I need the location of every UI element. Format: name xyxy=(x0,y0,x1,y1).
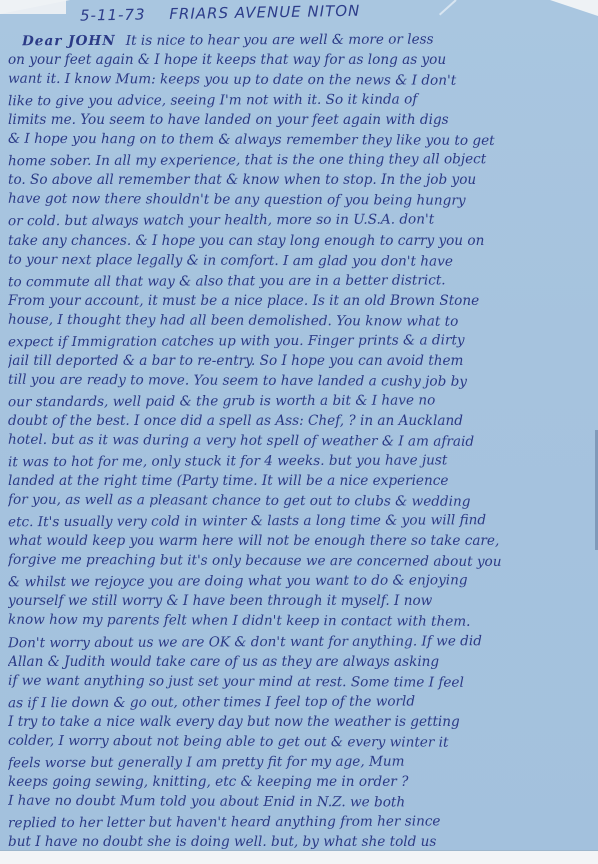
salutation: Dear JOHN xyxy=(22,33,116,49)
letter-line-text: landed at the right time (Party time. It… xyxy=(8,473,448,489)
letter-line: it was to hot for me, only stuck it for … xyxy=(8,450,593,473)
letter-line: house, I thought they had all been demol… xyxy=(8,309,593,332)
letter-line: replied to her letter but haven't heard … xyxy=(8,811,593,834)
letter-line: jail till deported & a bar to re-entry. … xyxy=(8,351,593,371)
letter-line-text: From your account, it must be a nice pla… xyxy=(8,293,479,309)
letter-line-text: limits me. You seem to have landed on yo… xyxy=(8,112,449,128)
letter-line: hotel. but as it was during a very hot s… xyxy=(8,430,593,453)
letter-line: etc. It's usually very cold in winter & … xyxy=(8,510,593,533)
letter-line-text: yourself we still worry & I have been th… xyxy=(8,593,432,609)
letter-line: home sober. In all my experience, that i… xyxy=(8,149,593,172)
letter-line: on your feet again & I hope it keeps tha… xyxy=(8,50,593,70)
letter-line-text: till you are ready to move. You seem to … xyxy=(8,372,467,390)
letter-line-text: home sober. In all my experience, that i… xyxy=(8,151,486,169)
letter-line-text: house, I thought they had all been demol… xyxy=(8,311,458,329)
letter-line: keeps going sewing, knitting, etc & keep… xyxy=(8,772,593,792)
letter-line: our standards, well paid & the grub is w… xyxy=(8,390,593,413)
envelope-fold-corner-right xyxy=(550,0,598,16)
letter-line-text: know how my parents felt when I didn't k… xyxy=(8,612,471,630)
letter-line-text: want it. I know Mum: keeps you up to dat… xyxy=(8,71,456,89)
paper-bottom-edge xyxy=(0,850,598,864)
letter-line-text: forgive me preaching but it's only becau… xyxy=(8,552,502,570)
letter-line: Dear JOHNIt is nice to hear you are well… xyxy=(22,29,598,52)
letter-line-text: colder, I worry about not being able to … xyxy=(8,732,449,750)
letter-line: feels worse but generally I am pretty fi… xyxy=(8,751,593,774)
letter-line-text: feels worse but generally I am pretty fi… xyxy=(8,753,405,771)
letter-line: like to give you advice, seeing I'm not … xyxy=(8,89,593,112)
letter-line-text: Allan & Judith would take care of us as … xyxy=(8,654,439,670)
letter-line-text: keeps going sewing, knitting, etc & keep… xyxy=(8,774,408,790)
letter-line: colder, I worry about not being able to … xyxy=(8,730,593,753)
letter-line-text: take any chances. & I hope you can stay … xyxy=(8,233,484,249)
letter-line: I try to take a nice walk every day but … xyxy=(8,712,593,732)
letter-line-text: to commute all that way & also that you … xyxy=(8,272,446,290)
letter-line: what would keep you warm here will not b… xyxy=(8,531,593,551)
letter-line-text: jail till deported & a bar to re-entry. … xyxy=(8,353,463,369)
letter-date: 5-11-73 xyxy=(80,5,146,24)
letter-line: but I have no doubt she is doing well. b… xyxy=(8,832,593,852)
letter-line: till you are ready to move. You seem to … xyxy=(8,370,593,393)
envelope-fold-corner-left xyxy=(0,0,70,14)
letter-line-text: or cold. but always watch your health, m… xyxy=(8,212,434,230)
letter-line: limits me. You seem to have landed on yo… xyxy=(8,110,593,130)
letter-line: as if I lie down & go out, other times I… xyxy=(8,690,593,713)
letter-line-text: & I hope you hang on to them & always re… xyxy=(8,131,495,149)
letter-line-text: expect if Immigration catches up with yo… xyxy=(8,332,465,350)
letter-line-text: but I have no doubt she is doing well. b… xyxy=(8,834,436,850)
letter-line-text: Don't worry about us we are OK & don't w… xyxy=(8,633,482,651)
letter-line-text: I have no doubt Mum told you about Enid … xyxy=(8,793,405,811)
letter-line-text: our standards, well paid & the grub is w… xyxy=(8,392,435,410)
letter-line: From your account, it must be a nice pla… xyxy=(8,291,593,311)
letter-line: to. So above all remember that & know wh… xyxy=(8,170,593,190)
letter-line: Allan & Judith would take care of us as … xyxy=(8,652,593,672)
letter-line-text: if we want anything so just set your min… xyxy=(8,672,464,690)
letter-line: yourself we still worry & I have been th… xyxy=(8,591,593,611)
letter-line-text: I try to take a nice walk every day but … xyxy=(8,714,460,730)
letter-line-text: what would keep you warm here will not b… xyxy=(8,533,499,549)
letter-line: to your next place legally & in comfort.… xyxy=(8,249,593,272)
letter-line: know how my parents felt when I didn't k… xyxy=(8,610,593,633)
letter-line-text: etc. It's usually very cold in winter & … xyxy=(8,512,486,530)
letter-line: Don't worry about us we are OK & don't w… xyxy=(8,630,593,653)
letter-line-text: on your feet again & I hope it keeps tha… xyxy=(8,52,446,68)
letter-line-text: it was to hot for me, only stuck it for … xyxy=(8,452,447,470)
letter-line-text: like to give you advice, seeing I'm not … xyxy=(8,92,417,110)
letter-line: to commute all that way & also that you … xyxy=(8,269,593,292)
letter-line: want it. I know Mum: keeps you up to dat… xyxy=(8,69,593,92)
letter-line: doubt of the best. I once did a spell as… xyxy=(8,411,593,431)
letter-line: & whilst we rejoyce you are doing what y… xyxy=(8,570,593,593)
letter-line-text: as if I lie down & go out, other times I… xyxy=(8,693,415,711)
letter-paper: 5-11-73 FRIARS AVENUE NITON Dear JOHNIt … xyxy=(0,0,598,852)
letter-line: I have no doubt Mum told you about Enid … xyxy=(8,791,593,814)
letter-line-text: doubt of the best. I once did a spell as… xyxy=(8,413,463,429)
letter-line-text: to your next place legally & in comfort.… xyxy=(8,251,453,269)
letter-line-text: & whilst we rejoyce you are doing what y… xyxy=(8,573,468,591)
letter-heading: 5-11-73 FRIARS AVENUE NITON xyxy=(80,1,379,24)
letter-line-text: to. So above all remember that & know wh… xyxy=(8,172,476,188)
letter-line-text: hotel. but as it was during a very hot s… xyxy=(8,432,474,450)
letter-line: for you, as well as a pleasant chance to… xyxy=(8,490,593,513)
letter-line-text: have got now there shouldn't be any ques… xyxy=(8,191,466,209)
letter-line-text: It is nice to hear you are well & more o… xyxy=(126,31,434,48)
letter-line: if we want anything so just set your min… xyxy=(8,670,593,693)
letter-line: or cold. but always watch your health, m… xyxy=(8,209,593,232)
letter-line: landed at the right time (Party time. It… xyxy=(8,471,593,491)
letter-line: expect if Immigration catches up with yo… xyxy=(8,329,593,352)
letter-line-text: replied to her letter but haven't heard … xyxy=(8,813,441,831)
letter-address: FRIARS AVENUE NITON xyxy=(169,2,360,23)
letter-line: take any chances. & I hope you can stay … xyxy=(8,231,593,251)
letter-line-text: for you, as well as a pleasant chance to… xyxy=(8,492,471,510)
